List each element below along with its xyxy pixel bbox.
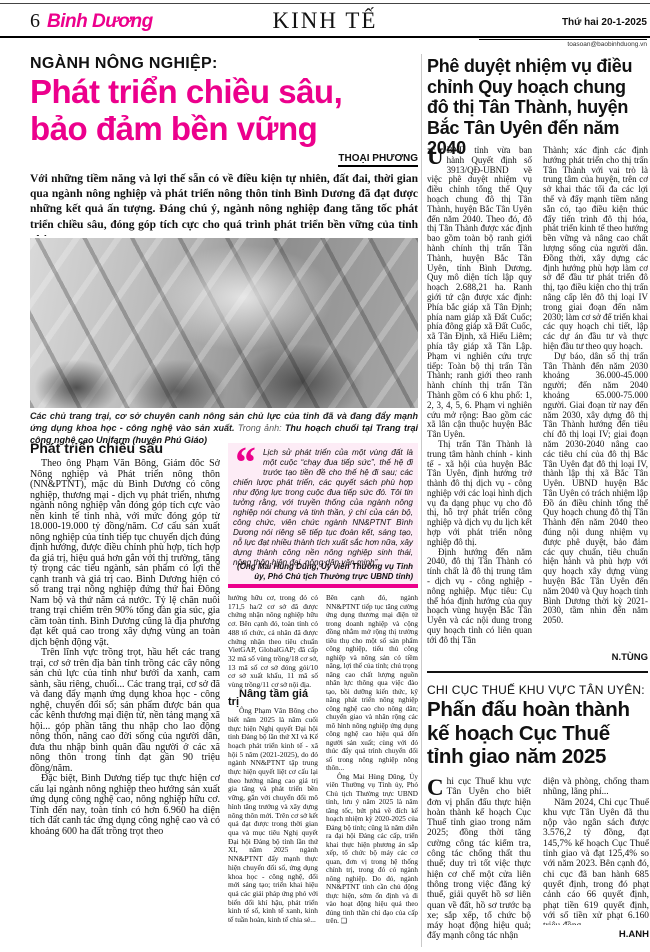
main-article-title: Phát triển chiều sâu, bảo đảm bền vững [30,73,422,147]
editorial-email: toasoan@baobinhduong.vn [479,39,647,48]
section-title: KINH TẾ [0,8,650,34]
paragraph: Đặc biệt, Bình Dương tiếp tục thực hiện … [30,774,220,837]
tax-article-title: Phấn đấu hoàn thành kế hoạch Cục Thuế tỉ… [427,698,650,769]
main-article-column-1: Theo ông Phạm Văn Bông, Giám đốc Sở Nông… [30,459,220,949]
pull-quote-attribution: (Ông Mai Hùng Dũng, Ủy viên Thường vụ Tỉ… [233,562,413,581]
main-article-title-line2: bảo đảm bền vững [30,110,422,147]
planning-article-column-2: Thành; xác định các định hướng phát triể… [543,146,648,649]
paragraph: hướng hữu cơ, trong đó có 171,5 ha/2 cơ … [228,594,318,690]
caption-label: Trong ảnh: [238,423,285,433]
subhead-nang-tam-gia-tri: Nâng tầm giá trị [228,690,318,707]
paragraph: Ông Mai Hùng Dũng, Ủy viên Thường vụ Tỉn… [326,773,418,926]
pull-quote-box: “ Lịch sử phát triển của một vùng đất là… [228,443,418,588]
newspaper-page: 6 Binh Dương KINH TẾ Thứ hai 20-1-2025 t… [0,0,650,952]
paragraph: Bên cạnh đó, ngành NN&PTNT tiếp tục tăng… [326,594,418,773]
byline-author: THOẠI PHƯƠNG [338,153,418,167]
article-divider-rule [427,671,648,673]
main-article-column-2: hướng hữu cơ, trong đó có 171,5 ha/2 cơ … [228,594,318,947]
column-divider [421,54,422,947]
paragraph-text: BND tỉnh vừa ban hành Quyết định số 3913… [427,146,532,439]
paragraph: Định hướng đến năm 2040, đô thị Tân Thàn… [427,548,532,646]
paragraph: diện và phòng, chống tham nhũng, lãng ph… [543,777,649,798]
quotation-mark-icon: “ [233,448,263,470]
planning-article-column-1: UBND tỉnh vừa ban hành Quyết định số 391… [427,146,532,652]
pull-quote-accent-bar [228,584,418,588]
paragraph: Thành; xác định các định hướng phát triể… [543,146,648,352]
paragraph: Trên lĩnh vực trồng trọt, hầu hết các tr… [30,648,220,774]
main-article-column-3: Bên cạnh đó, ngành NN&PTNT tiếp tục tăng… [326,594,418,947]
paragraph: Dự báo, dân số thị trấn Tân Thành đến nă… [543,352,648,626]
subhead-phat-trien-chieu-sau: Phát triển chiều sâu [30,440,163,456]
paragraph: Theo ông Phạm Văn Bông, Giám đốc Sở Nông… [30,459,220,648]
top-rule [0,3,650,4]
issue-date: Thứ hai 20-1-2025 [562,17,647,28]
paragraph-text: hi cục Thuế khu vực Tân Uyên cho biết đơ… [427,777,531,941]
pull-quote-text-block: “ Lịch sử phát triển của một vùng đất là… [228,443,418,574]
tax-article-column-1: Chi cục Thuế khu vực Tân Uyên cho biết đ… [427,777,531,947]
header-rule [0,36,650,38]
planning-article-title: Phê duyệt nhiệm vụ điều chỉnh Quy hoạch … [427,56,649,159]
byline: THOẠI PHƯƠNG [30,153,418,164]
main-article-kicker: NGÀNH NÔNG NGHIỆP: [30,55,218,73]
drop-cap: C [427,777,447,797]
paragraph: Chi cục Thuế khu vực Tân Uyên cho biết đ… [427,777,531,942]
tax-article-kicker: CHI CỤC THUẾ KHU VỰC TÂN UYÊN: [427,683,645,697]
planning-article-signature: N.TÙNG [543,652,648,663]
main-article-lead: Với những tiềm năng và lợi thế sẵn có về… [30,172,418,236]
tax-article-signature: H.ANH [543,929,649,940]
drop-cap: U [427,146,447,166]
main-article-title-line1: Phát triển chiều sâu, [30,73,422,110]
article-photo [30,238,418,408]
paragraph: Năm 2024, Chi cục Thuế khu vực Tân Uyên … [543,798,649,925]
paragraph: Ông Phạm Văn Bông cho biết năm 2025 là n… [228,707,318,925]
paragraph: Thị trấn Tân Thành là trung tâm hành chí… [427,440,532,548]
paragraph: UBND tỉnh vừa ban hành Quyết định số 391… [427,146,532,440]
tax-article-column-2: diện và phòng, chống tham nhũng, lãng ph… [543,777,649,925]
